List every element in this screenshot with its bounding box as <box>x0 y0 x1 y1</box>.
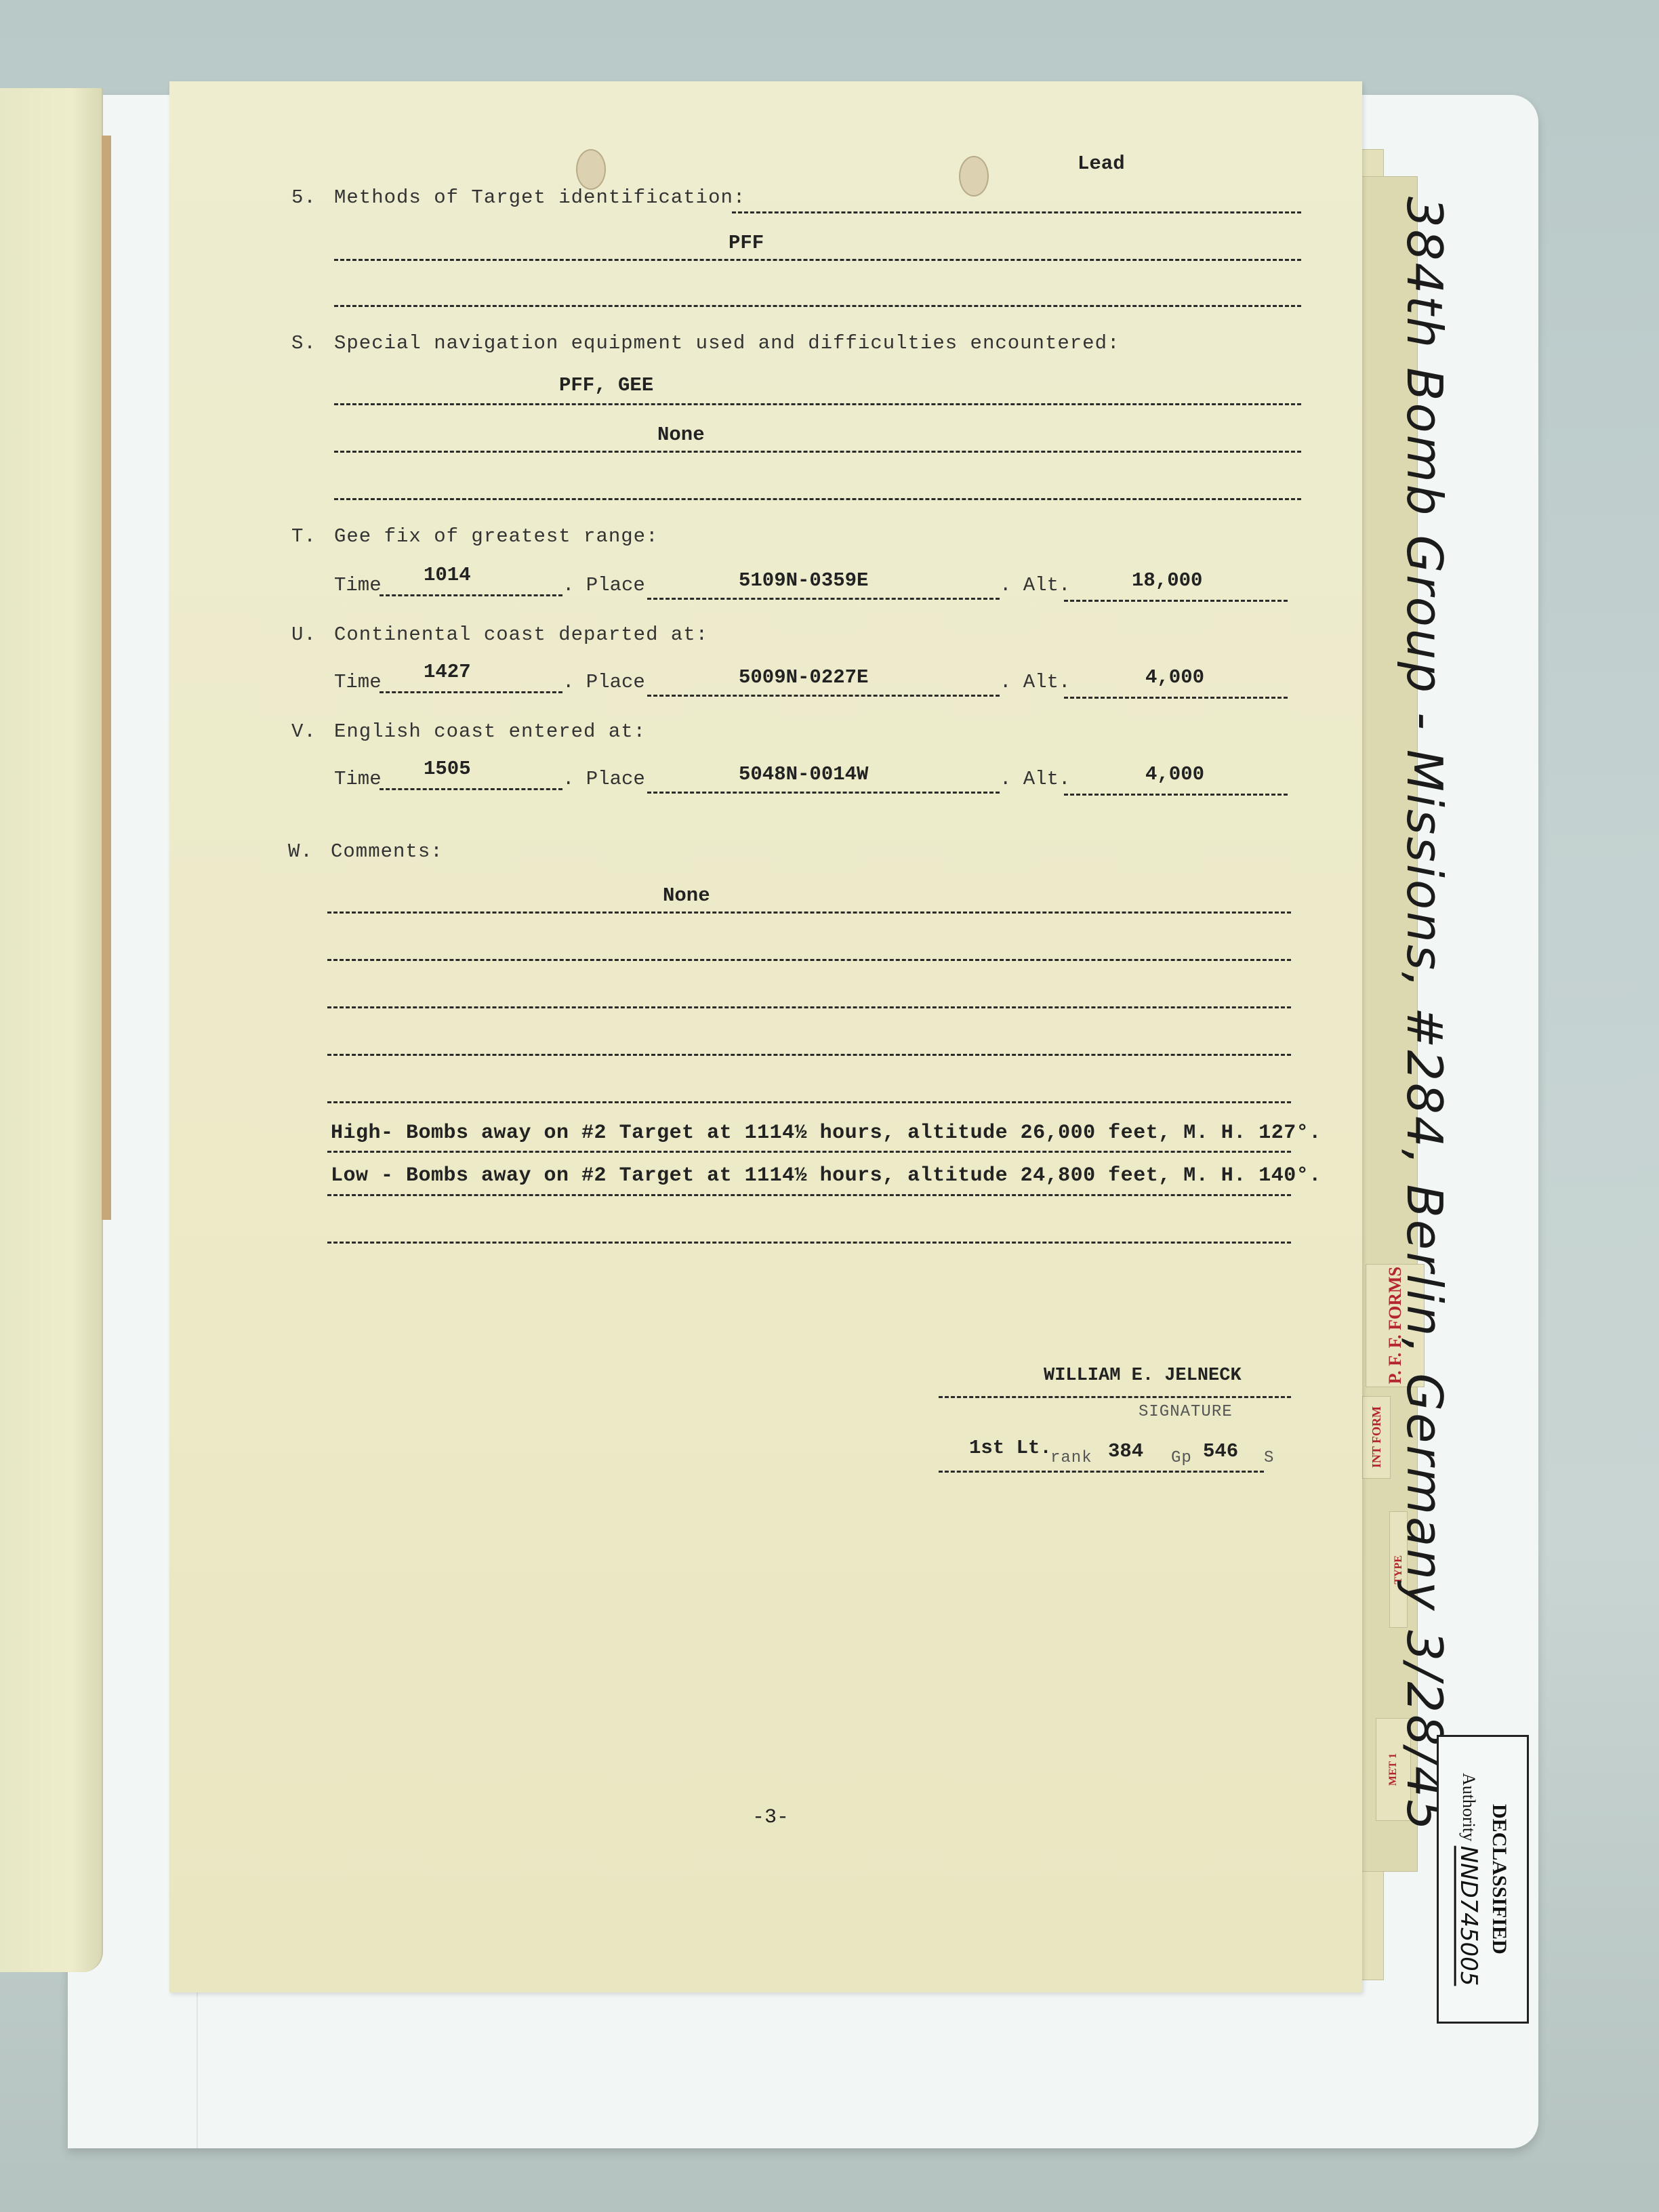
place-label: . Place <box>562 671 645 693</box>
answer-line <box>327 912 1291 914</box>
signer-rank: 1st Lt. <box>969 1437 1052 1459</box>
answer-line <box>732 211 1301 213</box>
bombing-note-high: High- Bombs away on #2 Target at 1114½ h… <box>331 1122 1322 1145</box>
section-label-comments: Comments: <box>331 840 443 863</box>
answer-line <box>380 594 562 596</box>
rank-line <box>939 1471 1264 1473</box>
folder-handwritten-label: 384th Bomb Group - Missions, #284, Berli… <box>1396 197 1453 1832</box>
place-label: . Place <box>562 768 645 790</box>
answer-line <box>327 1054 1291 1056</box>
bombing-note-low: Low - Bombs away on #2 Target at 1114½ h… <box>331 1164 1322 1187</box>
squadron-label: S <box>1264 1449 1274 1467</box>
answer-line <box>1064 600 1288 602</box>
alt-label: . Alt. <box>1000 671 1070 693</box>
gee-fix-place: 5109N-0359E <box>739 569 868 592</box>
time-label: Time <box>334 671 382 693</box>
continental-coast-place: 5009N-0227E <box>739 666 868 689</box>
english-coast-place: 5048N-0014W <box>739 763 868 785</box>
answer-line <box>334 451 1301 453</box>
special-navigation-answer-1: PFF, GEE <box>559 374 653 396</box>
section-label-english-coast: English coast entered at: <box>334 720 646 743</box>
answer-line <box>647 792 1000 794</box>
answer-line <box>1064 794 1288 796</box>
section-letter: V. <box>291 720 316 743</box>
target-identification-answer: PFF <box>729 232 764 254</box>
section-letter: T. <box>291 525 316 548</box>
answer-line <box>380 788 562 790</box>
answer-line <box>327 1194 1291 1196</box>
section-letter: W. <box>288 840 313 863</box>
answer-line <box>327 1151 1291 1153</box>
section-letter: 5. <box>291 186 316 209</box>
section-label-special-navigation: Special navigation equipment used and di… <box>334 332 1120 354</box>
punch-hole <box>576 149 606 190</box>
rank-label: rank <box>1050 1449 1092 1467</box>
group-label: Gp <box>1171 1449 1192 1467</box>
declassified-authority: Authority NND745005 <box>1455 1773 1482 1986</box>
gee-fix-alt: 18,000 <box>1132 569 1202 592</box>
signer-name: WILLIAM E. JELNECK <box>1044 1366 1242 1386</box>
gee-fix-time: 1014 <box>424 564 471 586</box>
mission-report-page: Lead 5. Methods of Target identification… <box>169 81 1362 1992</box>
english-coast-time: 1505 <box>424 758 471 780</box>
place-label: . Place <box>562 574 645 596</box>
answer-line <box>380 691 562 693</box>
answer-line <box>327 1242 1291 1244</box>
answer-line <box>647 695 1000 697</box>
answer-line <box>334 498 1301 500</box>
time-label: Time <box>334 768 382 790</box>
section-letter: S. <box>291 332 316 354</box>
signature-label: SIGNATURE <box>1139 1403 1233 1421</box>
time-label: Time <box>334 574 382 596</box>
comments-answer: None <box>663 884 710 907</box>
answer-line <box>327 1006 1291 1008</box>
section-label-target-identification: Methods of Target identification: <box>334 186 745 209</box>
signer-group: 384 <box>1108 1440 1143 1462</box>
declassified-stamp: DECLASSIFIED Authority NND745005 <box>1437 1735 1529 2024</box>
answer-line <box>327 1101 1291 1103</box>
signature-line <box>939 1396 1291 1398</box>
answer-line <box>1064 697 1288 699</box>
section-letter: U. <box>291 623 316 646</box>
answer-line <box>334 403 1301 405</box>
answer-line <box>647 598 1000 600</box>
continental-coast-time: 1427 <box>424 661 471 683</box>
declassified-title: DECLASSIFIED <box>1488 1804 1511 1954</box>
page-number: -3- <box>752 1806 789 1829</box>
folder-tab-int-form[interactable]: INT FORM <box>1362 1396 1391 1479</box>
header-mark: Lead <box>1078 152 1125 175</box>
alt-label: . Alt. <box>1000 768 1070 790</box>
signer-squadron: 546 <box>1203 1440 1238 1462</box>
authority-value: NND745005 <box>1455 1845 1482 1986</box>
authority-label: Authority <box>1459 1773 1479 1841</box>
special-navigation-answer-2: None <box>657 424 705 446</box>
answer-line <box>327 959 1291 961</box>
section-label-gee-fix: Gee fix of greatest range: <box>334 525 658 548</box>
answer-line <box>334 305 1301 307</box>
left-page-stack <box>0 88 103 1972</box>
punch-hole <box>959 156 989 197</box>
alt-label: . Alt. <box>1000 574 1070 596</box>
continental-coast-alt: 4,000 <box>1145 666 1204 689</box>
section-label-continental-coast: Continental coast departed at: <box>334 623 708 646</box>
answer-line <box>334 259 1301 261</box>
english-coast-alt: 4,000 <box>1145 763 1204 785</box>
